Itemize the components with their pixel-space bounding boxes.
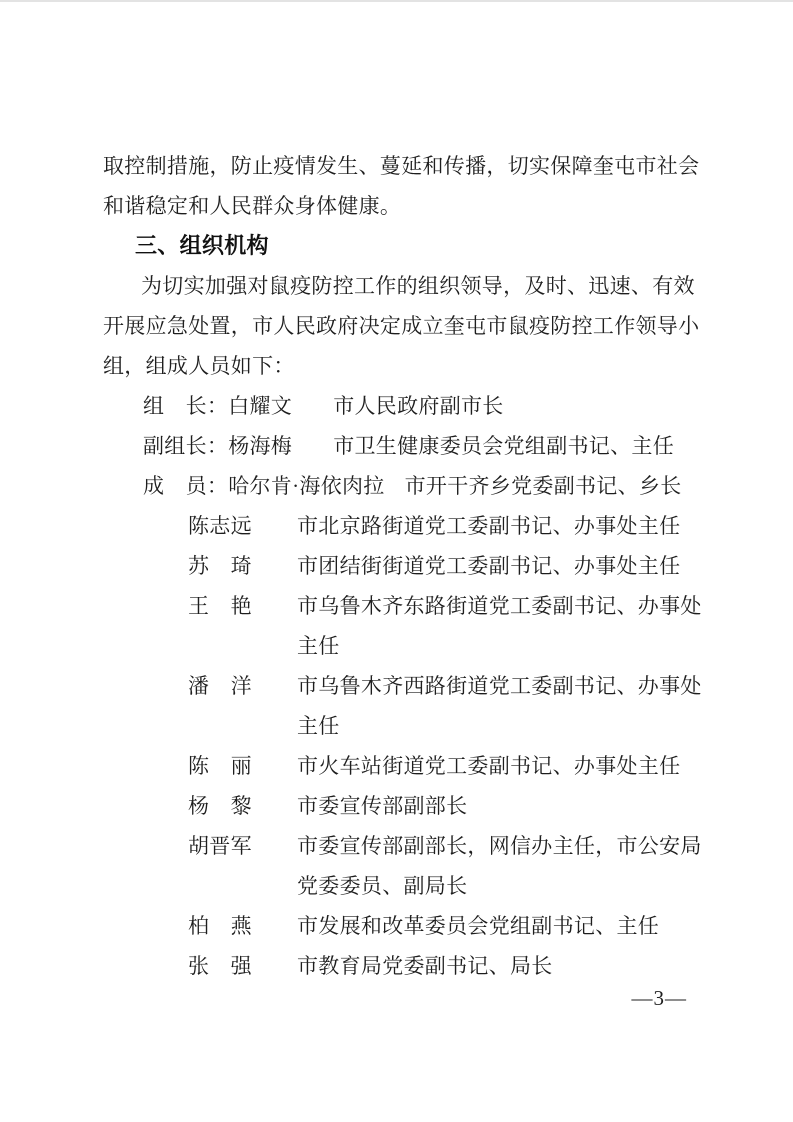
body-text-line: 取控制措施，防止疫情发生、蔓延和传播，切实保障奎屯市社会 — [103, 146, 723, 186]
roster-leader-row: 组 长：白耀文市人民政府副市长 — [103, 386, 723, 426]
roster-member-row: 柏 燕市发展和改革委员会党组副书记、主任 — [103, 906, 723, 946]
role-label: 成 员： — [143, 466, 228, 506]
person-name: 柏 燕 — [188, 906, 297, 946]
person-title: 市开干齐乡党委副书记、乡长 — [405, 466, 682, 506]
roster-member-row: 杨 黎市委宣传部副部长 — [103, 786, 723, 826]
intro-paragraph: 为切实加强对鼠疫防控工作的组织领导，及时、迅速、有效开展应急处置，市人民政府决定… — [103, 266, 723, 386]
person-name: 潘 洋 — [188, 666, 297, 706]
person-title-line: 市火车站街道党工委副书记、办事处主任 — [297, 746, 680, 786]
person-name: 陈 丽 — [188, 746, 297, 786]
person-title-line: 市团结街街道党工委副书记、办事处主任 — [297, 546, 680, 586]
document-page: 取控制措施，防止疫情发生、蔓延和传播，切实保障奎屯市社会和谐稳定和人民群众身体健… — [0, 0, 793, 1122]
roster-leader-row: 成 员：哈尔肯·海依肉拉市开干齐乡党委副书记、乡长 — [103, 466, 723, 506]
person-title: 市乌鲁木齐东路街道党工委副书记、办事处主任 — [297, 586, 702, 666]
roster-member-row: 潘 洋市乌鲁木齐西路街道党工委副书记、办事处主任 — [103, 666, 723, 746]
person-name: 杨海梅 — [228, 426, 313, 466]
person-name: 杨 黎 — [188, 786, 297, 826]
section-heading: 三、组织机构 — [103, 226, 723, 266]
person-title: 市乌鲁木齐西路街道党工委副书记、办事处主任 — [297, 666, 702, 746]
roster-leaders: 组 长：白耀文市人民政府副市长副组长：杨海梅市卫生健康委员会党组副书记、主任成 … — [103, 386, 723, 506]
person-title-line: 主任 — [297, 626, 702, 666]
person-name: 陈志远 — [188, 506, 297, 546]
person-title-line: 市乌鲁木齐西路街道党工委副书记、办事处 — [297, 666, 702, 706]
person-title: 市教育局党委副书记、局长 — [297, 946, 553, 986]
roster-member-row: 苏 琦市团结街街道党工委副书记、办事处主任 — [103, 546, 723, 586]
person-name: 白耀文 — [228, 386, 313, 426]
person-title: 市委宣传部副部长 — [297, 786, 467, 826]
person-title: 市北京路街道党工委副书记、办事处主任 — [297, 506, 680, 546]
page-number: —3— — [632, 986, 688, 1010]
person-name: 哈尔肯·海依肉拉 — [228, 466, 384, 506]
person-title: 市火车站街道党工委副书记、办事处主任 — [297, 746, 680, 786]
roster-member-row: 王 艳市乌鲁木齐东路街道党工委副书记、办事处主任 — [103, 586, 723, 666]
person-title-line: 主任 — [297, 706, 702, 746]
body-text-line: 为切实加强对鼠疫防控工作的组织领导，及时、迅速、有效 — [103, 266, 723, 306]
person-name: 王 艳 — [188, 586, 297, 626]
scan-top-edge — [0, 0, 793, 2]
person-name: 苏 琦 — [188, 546, 297, 586]
person-title: 市团结街街道党工委副书记、办事处主任 — [297, 546, 680, 586]
person-title-line: 市教育局党委副书记、局长 — [297, 946, 553, 986]
roster-member-row: 陈志远市北京路街道党工委副书记、办事处主任 — [103, 506, 723, 546]
roster-member-row: 张 强市教育局党委副书记、局长 — [103, 946, 723, 986]
roster-member-row: 陈 丽市火车站街道党工委副书记、办事处主任 — [103, 746, 723, 786]
roster-members: 陈志远市北京路街道党工委副书记、办事处主任苏 琦市团结街街道党工委副书记、办事处… — [103, 506, 723, 986]
continuation-paragraph: 取控制措施，防止疫情发生、蔓延和传播，切实保障奎屯市社会和谐稳定和人民群众身体健… — [103, 146, 723, 226]
person-title-line: 党委委员、副局长 — [297, 866, 702, 906]
body-text-line: 和谐稳定和人民群众身体健康。 — [103, 186, 723, 226]
role-label: 副组长： — [143, 426, 228, 466]
document-content: 取控制措施，防止疫情发生、蔓延和传播，切实保障奎屯市社会和谐稳定和人民群众身体健… — [103, 146, 723, 986]
person-title: 市委宣传部副部长，网信办主任，市公安局党委委员、副局长 — [297, 826, 702, 906]
person-name: 胡晋军 — [188, 826, 297, 866]
person-name: 张 强 — [188, 946, 297, 986]
person-title: 市卫生健康委员会党组副书记、主任 — [333, 426, 674, 466]
person-title-line: 市委宣传部副部长 — [297, 786, 467, 826]
person-title: 市人民政府副市长 — [333, 386, 503, 426]
person-title-line: 市乌鲁木齐东路街道党工委副书记、办事处 — [297, 586, 702, 626]
person-title: 市发展和改革委员会党组副书记、主任 — [297, 906, 659, 946]
roster-member-row: 胡晋军市委宣传部副部长，网信办主任，市公安局党委委员、副局长 — [103, 826, 723, 906]
roster-leader-row: 副组长：杨海梅市卫生健康委员会党组副书记、主任 — [103, 426, 723, 466]
body-text-line: 开展应急处置，市人民政府决定成立奎屯市鼠疫防控工作领导小 — [103, 306, 723, 346]
role-label: 组 长： — [143, 386, 228, 426]
person-title-line: 市北京路街道党工委副书记、办事处主任 — [297, 506, 680, 546]
person-title-line: 市委宣传部副部长，网信办主任，市公安局 — [297, 826, 702, 866]
body-text-line: 组，组成人员如下： — [103, 346, 723, 386]
person-title-line: 市发展和改革委员会党组副书记、主任 — [297, 906, 659, 946]
